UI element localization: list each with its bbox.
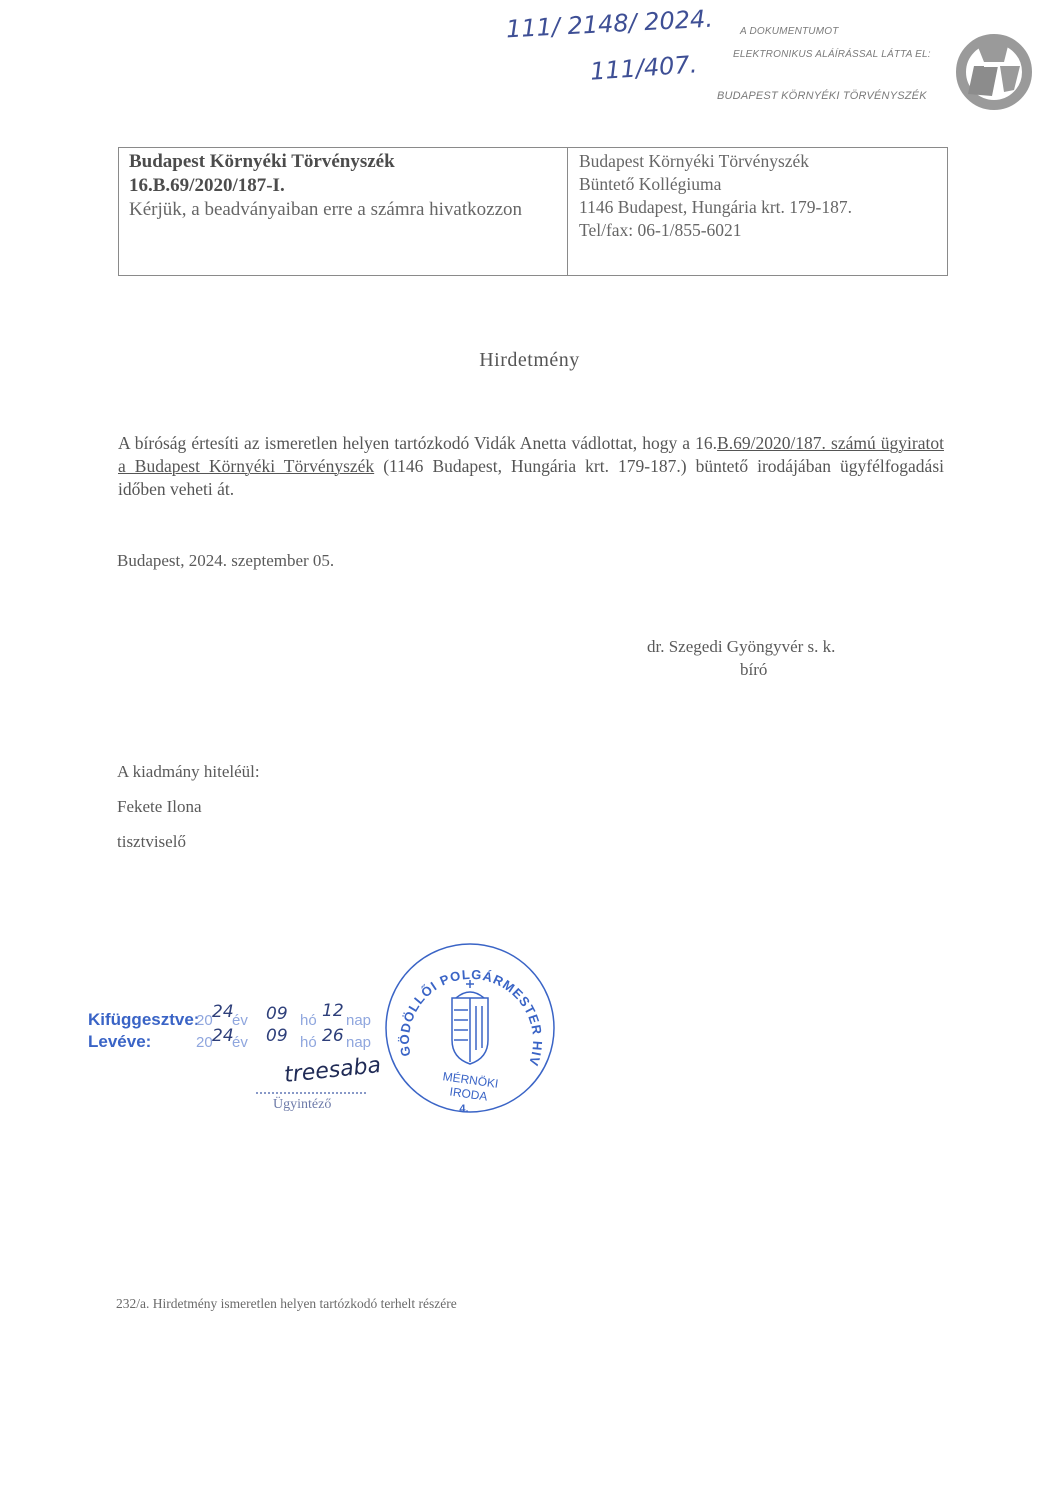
handwritten-reference-line1: 111/ 2148/ 2024. xyxy=(505,5,713,44)
removed-day-label: nap xyxy=(346,1034,371,1051)
header-box: Budapest Környéki Törvényszék 16.B.69/20… xyxy=(118,147,948,276)
reference-note: Kérjük, a beadványaiban erre a számra hi… xyxy=(129,198,561,222)
removed-year: 24 xyxy=(212,1026,234,1046)
header-right-cell: Budapest Környéki Törvényszék Büntető Ko… xyxy=(579,150,939,242)
date-line: Budapest, 2024. szeptember 05. xyxy=(117,551,334,571)
officer-signature: treesaba xyxy=(283,1053,382,1088)
judge-title: bíró xyxy=(740,660,767,680)
posted-year: 24 xyxy=(212,1002,234,1022)
officer-signature-line xyxy=(256,1092,366,1094)
e-signature-line2: ELEKTRONIKUS ALÁÍRÁSSAL LÁTTA EL: xyxy=(733,49,931,60)
svg-text:GÖDÖLLŐI POLGÁRMESTER HIVATAL: GÖDÖLLŐI POLGÁRMESTER HIVATAL xyxy=(382,940,545,1068)
posted-year-label: év xyxy=(232,1012,248,1029)
posted-month: 09 xyxy=(266,1004,288,1024)
posted-label: Kifüggesztve: xyxy=(88,1010,199,1030)
court-address-line3: 1146 Budapest, Hungária krt. 179-187. xyxy=(579,196,939,219)
court-address-line1: Budapest Környéki Törvényszék xyxy=(579,150,939,173)
header-divider xyxy=(567,148,568,275)
document-title: Hirdetmény xyxy=(0,349,1059,372)
e-signature-line3: BUDAPEST KÖRNYÉKI TÖRVÉNYSZÉK xyxy=(717,90,927,102)
posted-day: 12 xyxy=(322,1001,344,1021)
officer-label: Ügyintéző xyxy=(273,1097,331,1113)
posting-stamp: Kifüggesztve: Levéve: 20 24 év 09 hó 12 … xyxy=(88,1000,388,1120)
header-left-cell: Budapest Környéki Törvényszék 16.B.69/20… xyxy=(129,150,561,222)
posted-day-label: nap xyxy=(346,1012,371,1029)
certifier-role: tisztviselő xyxy=(117,832,186,852)
removed-month: 09 xyxy=(266,1026,288,1046)
posted-month-label: hó xyxy=(300,1012,317,1029)
e-signature-line1: A DOKUMENTUMOT xyxy=(740,26,839,37)
office-seal: GÖDÖLLŐI POLGÁRMESTER HIVATAL MÉRNÖKI IR… xyxy=(382,940,558,1116)
removed-month-label: hó xyxy=(300,1034,317,1051)
footer-note: 232/a. Hirdetmény ismeretlen helyen tart… xyxy=(116,1296,457,1312)
seal-number: 4. xyxy=(459,1103,468,1115)
court-phone: Tel/fax: 06-1/855-6021 xyxy=(579,219,939,242)
judge-name: dr. Szegedi Gyöngyvér s. k. xyxy=(647,637,835,657)
court-name: Budapest Környéki Törvényszék xyxy=(129,150,561,174)
court-logo-icon xyxy=(954,32,1034,112)
removed-year-label: év xyxy=(232,1034,248,1051)
seal-ring-text: GÖDÖLLŐI POLGÁRMESTER HIVATAL xyxy=(382,940,545,1068)
certifier-name: Fekete Ilona xyxy=(117,797,202,817)
court-address-line2: Büntető Kollégiuma xyxy=(579,173,939,196)
removed-day: 26 xyxy=(322,1026,344,1046)
handwritten-reference-line2: 111/407. xyxy=(589,50,698,85)
certification-label: A kiadmány hiteléül: xyxy=(117,762,260,782)
notice-body: A bíróság értesíti az ismeretlen helyen … xyxy=(118,432,944,501)
case-number: 16.B.69/2020/187-I. xyxy=(129,174,561,198)
removed-label: Levéve: xyxy=(88,1032,151,1052)
notice-body-part1: A bíróság értesíti az ismeretlen helyen … xyxy=(118,433,717,453)
posted-year-prefix: 20 xyxy=(196,1012,213,1029)
removed-year-prefix: 20 xyxy=(196,1034,213,1051)
